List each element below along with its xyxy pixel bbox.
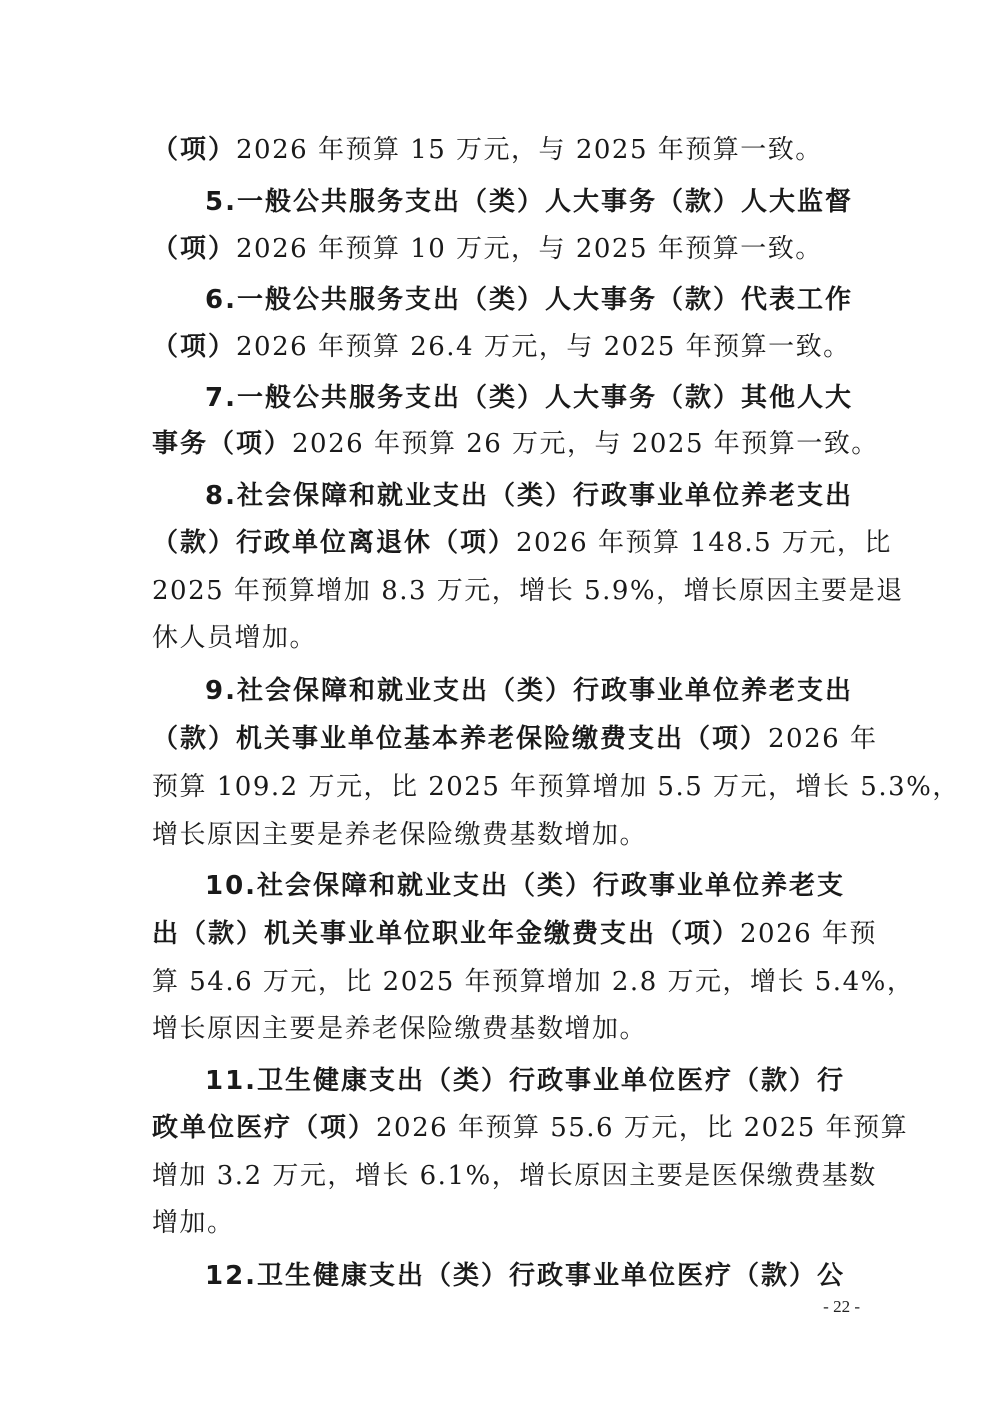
- bold-segment: 6.一般公共服务支出（类）人大事务（款）代表工作: [205, 285, 853, 315]
- text-line: （款）行政单位离退休（项）2026 年预算 148.5 万元，比: [152, 523, 852, 563]
- normal-segment: 2026 年: [768, 724, 877, 754]
- normal-segment: 2026 年预算 15 万元，与 2025 年预算一致。: [236, 135, 823, 165]
- bold-segment: 7.一般公共服务支出（类）人大事务（款）其他人大: [205, 383, 853, 413]
- item-8-heading: 8.社会保障和就业支出（类）行政事业单位养老支出: [205, 476, 852, 516]
- item-9-heading: 9.社会保障和就业支出（类）行政事业单位养老支出: [205, 671, 852, 711]
- text-line: （款）机关事业单位基本养老保险缴费支出（项）2026 年: [152, 719, 852, 759]
- normal-segment: 增加。: [152, 1208, 235, 1238]
- text-line: 休人员增加。: [152, 618, 852, 658]
- bold-segment: （项）: [152, 135, 236, 165]
- bold-segment: （项）: [152, 234, 236, 264]
- item-6-heading: 6.一般公共服务支出（类）人大事务（款）代表工作: [205, 280, 852, 320]
- text-line: 增长原因主要是养老保险缴费基数增加。: [152, 1009, 852, 1049]
- normal-segment: 2026 年预算 10 万元，与 2025 年预算一致。: [236, 234, 823, 264]
- text-line: （项）2026 年预算 15 万元，与 2025 年预算一致。: [152, 130, 852, 170]
- item-7-heading: 7.一般公共服务支出（类）人大事务（款）其他人大: [205, 378, 852, 418]
- text-line: 增长原因主要是养老保险缴费基数增加。: [152, 815, 852, 855]
- normal-segment: 增加 3.2 万元，增长 6.1%，增长原因主要是医保缴费基数: [152, 1161, 877, 1191]
- bold-segment: 11.卫生健康支出（类）行政事业单位医疗（款）行: [205, 1066, 845, 1096]
- bold-segment: （项）: [152, 332, 236, 362]
- normal-segment: 算 54.6 万元，比 2025 年预算增加 2.8 万元，增长 5.4%，: [152, 967, 914, 997]
- bold-segment: 政单位医疗（项）: [152, 1113, 376, 1143]
- normal-segment: 2025 年预算增加 8.3 万元，增长 5.9%，增长原因主要是退: [152, 576, 904, 606]
- bold-segment: 9.社会保障和就业支出（类）行政事业单位养老支出: [205, 676, 853, 706]
- item-12-heading: 12.卫生健康支出（类）行政事业单位医疗（款）公: [205, 1256, 852, 1296]
- text-line: （项）2026 年预算 10 万元，与 2025 年预算一致。: [152, 229, 852, 269]
- normal-segment: 增长原因主要是养老保险缴费基数增加。: [152, 1014, 647, 1044]
- text-line: 2025 年预算增加 8.3 万元，增长 5.9%，增长原因主要是退: [152, 571, 852, 611]
- text-line: 算 54.6 万元，比 2025 年预算增加 2.8 万元，增长 5.4%，: [152, 962, 852, 1002]
- bold-segment: （款）机关事业单位基本养老保险缴费支出（项）: [152, 724, 768, 754]
- normal-segment: 休人员增加。: [152, 623, 317, 653]
- normal-segment: 预算 109.2 万元，比 2025 年预算增加 5.5 万元，增长 5.3%，: [152, 772, 960, 802]
- normal-segment: 增长原因主要是养老保险缴费基数增加。: [152, 820, 647, 850]
- bold-segment: （款）行政单位离退休（项）: [152, 528, 516, 558]
- normal-segment: 2026 年预算 55.6 万元，比 2025 年预算: [376, 1113, 908, 1143]
- bold-segment: 8.社会保障和就业支出（类）行政事业单位养老支出: [205, 481, 853, 511]
- normal-segment: 2026 年预算 26.4 万元，与 2025 年预算一致。: [236, 332, 851, 362]
- normal-segment: 2026 年预: [740, 919, 877, 949]
- text-line: 增加 3.2 万元，增长 6.1%，增长原因主要是医保缴费基数: [152, 1156, 852, 1196]
- bold-segment: 10.社会保障和就业支出（类）行政事业单位养老支: [205, 871, 845, 901]
- text-line: 预算 109.2 万元，比 2025 年预算增加 5.5 万元，增长 5.3%，: [152, 767, 852, 807]
- bold-segment: 事务（项）: [152, 429, 292, 459]
- text-line: 出（款）机关事业单位职业年金缴费支出（项）2026 年预: [152, 914, 852, 954]
- document-page: （项）2026 年预算 15 万元，与 2025 年预算一致。 5.一般公共服务…: [0, 0, 1000, 1415]
- bold-segment: 出（款）机关事业单位职业年金缴费支出（项）: [152, 919, 740, 949]
- text-line: 政单位医疗（项）2026 年预算 55.6 万元，比 2025 年预算: [152, 1108, 852, 1148]
- item-11-heading: 11.卫生健康支出（类）行政事业单位医疗（款）行: [205, 1061, 852, 1101]
- normal-segment: 2026 年预算 26 万元，与 2025 年预算一致。: [292, 429, 879, 459]
- normal-segment: 2026 年预算 148.5 万元，比: [516, 528, 892, 558]
- bold-segment: 5.一般公共服务支出（类）人大事务（款）人大监督: [205, 187, 853, 217]
- text-line: 事务（项）2026 年预算 26 万元，与 2025 年预算一致。: [152, 424, 852, 464]
- item-10-heading: 10.社会保障和就业支出（类）行政事业单位养老支: [205, 866, 852, 906]
- page-number: - 22 -: [800, 1295, 860, 1319]
- item-5-heading: 5.一般公共服务支出（类）人大事务（款）人大监督: [205, 182, 852, 222]
- text-line: （项）2026 年预算 26.4 万元，与 2025 年预算一致。: [152, 327, 852, 367]
- text-line: 增加。: [152, 1203, 852, 1243]
- bold-segment: 12.卫生健康支出（类）行政事业单位医疗（款）公: [205, 1261, 845, 1291]
